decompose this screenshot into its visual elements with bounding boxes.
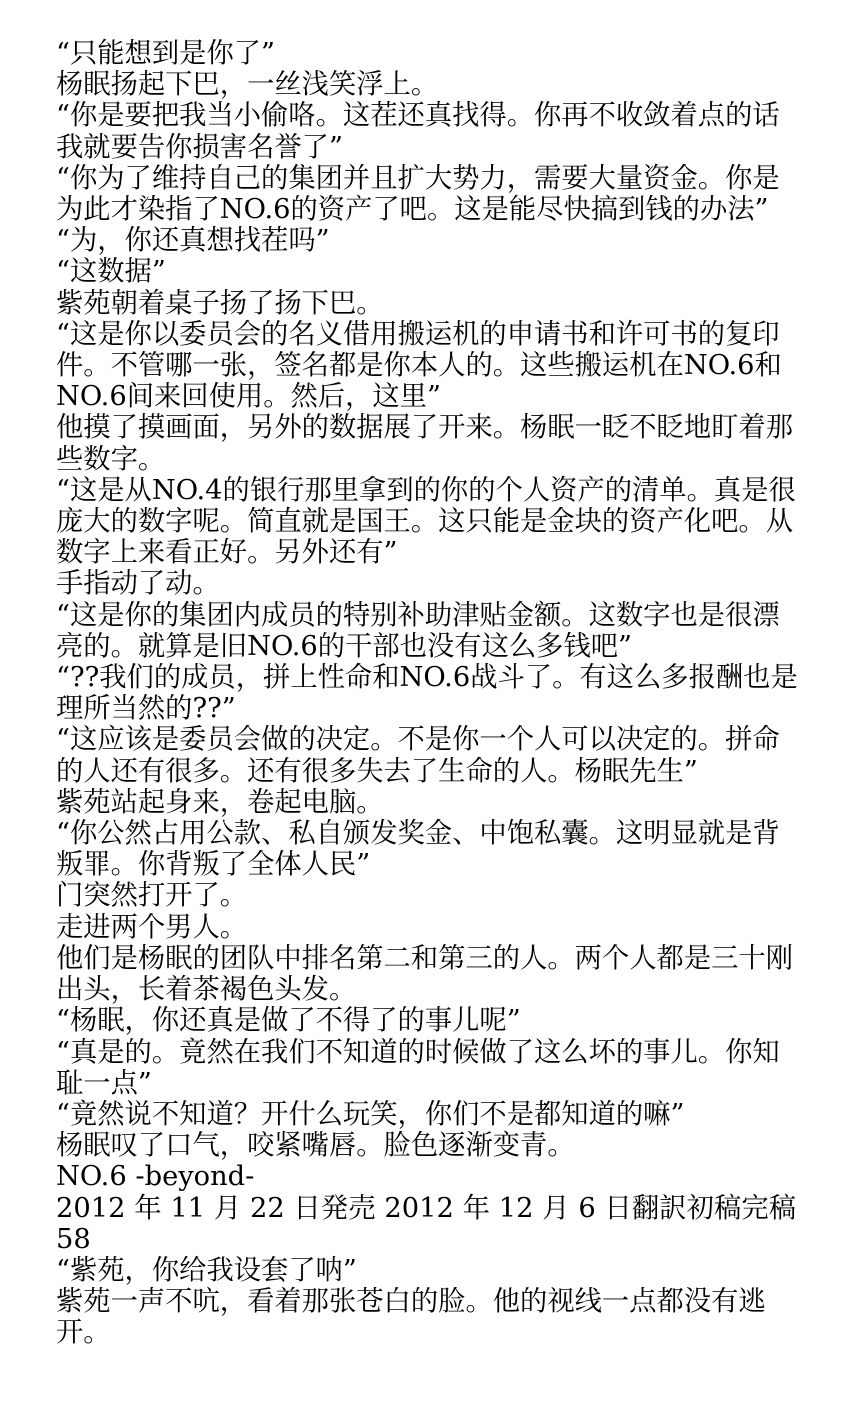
text-line: 紫苑朝着桌子扬了扬下巴。	[56, 288, 796, 319]
text-line: 58	[56, 1224, 796, 1255]
text-line: “??我们的成员，拼上性命和NO.6战斗了。有这么多报酬也是	[56, 662, 796, 693]
text-line: “你为了维持自己的集团并且扩大势力，需要大量资金。你是	[56, 163, 796, 194]
text-line: “只能想到是你了”	[56, 38, 796, 69]
text-line: 紫苑站起身来，卷起电脑。	[56, 787, 796, 818]
text-line: 他们是杨眠的团队中排名第二和第三的人。两个人都是三十刚	[56, 943, 796, 974]
text-line: 门突然打开了。	[56, 880, 796, 911]
text-line: 亮的。就算是旧NO.6的干部也没有这么多钱吧”	[56, 631, 796, 662]
text-line: 出头，长着茶褐色头发。	[56, 974, 796, 1005]
text-line: 走进两个男人。	[56, 912, 796, 943]
text-line: “你是要把我当小偷咯。这茬还真找得。你再不收敛着点的话	[56, 100, 796, 131]
text-line: “真是的。竟然在我们不知道的时候做了这么坏的事儿。你知	[56, 1037, 796, 1068]
text-line: 2012 年 11 月 22 日発売 2012 年 12 月 6 日翻訳初稿完稿	[56, 1193, 796, 1224]
text-line: 杨眠扬起下巴，一丝浅笑浮上。	[56, 69, 796, 100]
text-line: 些数字。	[56, 444, 796, 475]
text-line: “这是你以委员会的名义借用搬运机的申请书和许可书的复印	[56, 319, 796, 350]
text-line: “你公然占用公款、私自颁发奖金、中饱私囊。这明显就是背	[56, 818, 796, 849]
text-line: “竟然说不知道？开什么玩笑，你们不是都知道的嘛”	[56, 1099, 796, 1130]
text-line: 耻一点”	[56, 1068, 796, 1099]
document-page: “只能想到是你了”杨眠扬起下巴，一丝浅笑浮上。“你是要把我当小偷咯。这茬还真找得…	[0, 0, 851, 1401]
text-line: “紫苑，你给我设套了呐”	[56, 1255, 796, 1286]
text-line: 的人还有很多。还有很多失去了生命的人。杨眠先生”	[56, 756, 796, 787]
text-line: 手指动了动。	[56, 568, 796, 599]
page-text: “只能想到是你了”杨眠扬起下巴，一丝浅笑浮上。“你是要把我当小偷咯。这茬还真找得…	[56, 38, 796, 1349]
text-line: “杨眠，你还真是做了不得了的事儿呢”	[56, 1005, 796, 1036]
text-line: “这是从NO.4的银行那里拿到的你的个人资产的清单。真是很	[56, 475, 796, 506]
text-line: 开。	[56, 1317, 796, 1348]
text-line: 紫苑一声不吭，看着那张苍白的脸。他的视线一点都没有逃	[56, 1286, 796, 1317]
text-line: 庞大的数字呢。简直就是国王。这只能是金块的资产化吧。从	[56, 506, 796, 537]
text-line: NO.6间来回使用。然后，这里”	[56, 381, 796, 412]
text-line: “为，你还真想找茬吗”	[56, 225, 796, 256]
text-line: “这是你的集团内成员的特别补助津贴金额。这数字也是很漂	[56, 600, 796, 631]
text-line: 他摸了摸画面，另外的数据展了开来。杨眠一眨不眨地盯着那	[56, 412, 796, 443]
text-line: 理所当然的??”	[56, 693, 796, 724]
text-line: 杨眠叹了口气，咬紧嘴唇。脸色逐渐变青。	[56, 1130, 796, 1161]
text-line: 我就要告你损害名誉了”	[56, 132, 796, 163]
text-line: NO.6 -beyond-	[56, 1161, 796, 1192]
text-line: 为此才染指了NO.6的资产了吧。这是能尽快搞到钱的办法”	[56, 194, 796, 225]
text-line: 叛罪。你背叛了全体人民”	[56, 849, 796, 880]
text-line: “这数据”	[56, 256, 796, 287]
text-line: “这应该是委员会做的决定。不是你一个人可以决定的。拼命	[56, 724, 796, 755]
text-line: 数字上来看正好。另外还有”	[56, 537, 796, 568]
text-line: 件。不管哪一张，签名都是你本人的。这些搬运机在NO.6和	[56, 350, 796, 381]
